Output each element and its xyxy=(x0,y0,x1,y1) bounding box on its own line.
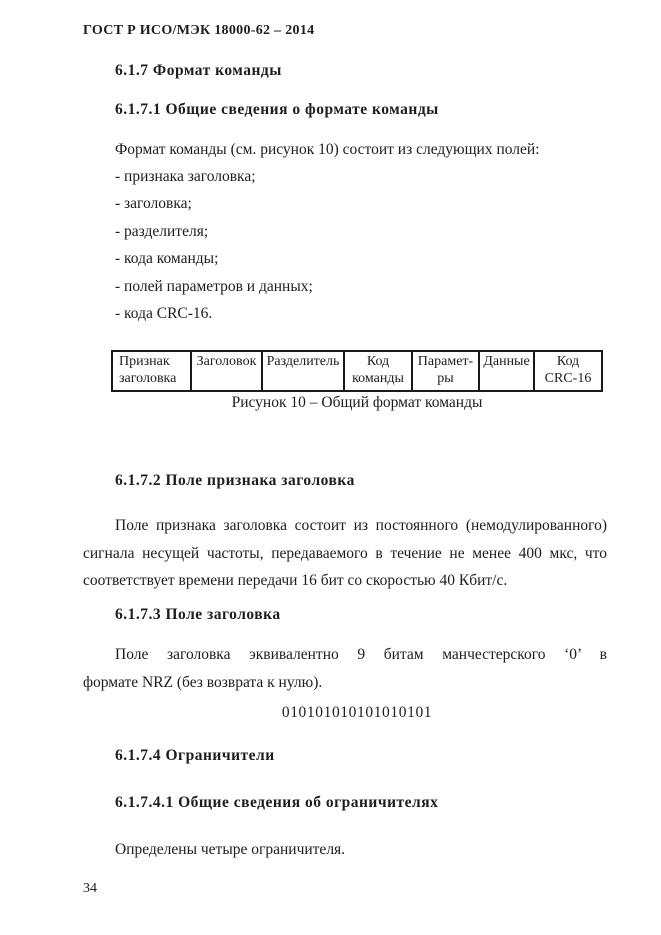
paragraph-command-format-intro: Формат команды (см. рисунок 10) состоит … xyxy=(83,136,607,164)
table-cell-parameters: Парамет- ры xyxy=(413,352,480,390)
figure-10-caption: Рисунок 10 – Общий формат команды xyxy=(111,394,603,412)
document-page: ГОСТ Р ИСО/МЭК 18000-62 – 2014 6.1.7 Фор… xyxy=(0,0,661,935)
command-fields-list: - признака заголовка; - заголовка; - раз… xyxy=(115,163,585,327)
table-cell-command-code: Код команды xyxy=(345,352,413,390)
paragraph-line: соответствует времени передачи 16 бит со… xyxy=(83,567,607,595)
table-cell-delimiter: Разделитель xyxy=(263,352,345,390)
heading-6-1-7-1: 6.1.7.1 Общие сведения о формате команды xyxy=(115,101,439,119)
page-number: 34 xyxy=(83,881,97,897)
list-item: - полей параметров и данных; xyxy=(115,273,585,300)
paragraph-header-flag-field: Поле признака заголовка состоит из посто… xyxy=(83,512,607,595)
list-item: - кода CRC-16. xyxy=(115,300,585,327)
manchester-preamble-pattern: 010101010101010101 xyxy=(111,704,603,722)
running-header: ГОСТ Р ИСО/МЭК 18000-62 – 2014 xyxy=(83,23,314,39)
paragraph-line: Поле заголовка эквивалентно 9 битам манч… xyxy=(83,641,607,669)
heading-6-1-7-2: 6.1.7.2 Поле признака заголовка xyxy=(115,472,355,490)
table-cell-header: Заголовок xyxy=(192,352,263,390)
heading-6-1-7-4-1: 6.1.7.4.1 Общие сведения об ограничителя… xyxy=(115,794,438,812)
paragraph-delimiters-intro: Определены четыре ограничителя. xyxy=(83,836,607,864)
paragraph-line: сигнала несущей частоты, передаваемого в… xyxy=(83,540,607,568)
list-item: - разделителя; xyxy=(115,218,585,245)
paragraph-header-field: Поле заголовка эквивалентно 9 битам манч… xyxy=(83,641,607,697)
heading-6-1-7: 6.1.7 Формат команды xyxy=(115,62,282,80)
paragraph-line: Поле признака заголовка состоит из посто… xyxy=(83,512,607,540)
table-cell-data: Данные xyxy=(480,352,535,390)
paragraph-line: формате NRZ (без возврата к нулю). xyxy=(83,669,607,697)
list-item: - признака заголовка; xyxy=(115,163,585,190)
figure-10-command-format-table: Признак заголовка Заголовок Разделитель … xyxy=(111,350,603,392)
list-item: - кода команды; xyxy=(115,245,585,272)
list-item: - заголовка; xyxy=(115,190,585,217)
table-cell-crc16: Код CRC-16 xyxy=(535,352,601,390)
heading-6-1-7-4: 6.1.7.4 Ограничители xyxy=(115,747,275,765)
heading-6-1-7-3: 6.1.7.3 Поле заголовка xyxy=(115,606,281,624)
table-cell-header-flag: Признак заголовка xyxy=(113,352,192,390)
